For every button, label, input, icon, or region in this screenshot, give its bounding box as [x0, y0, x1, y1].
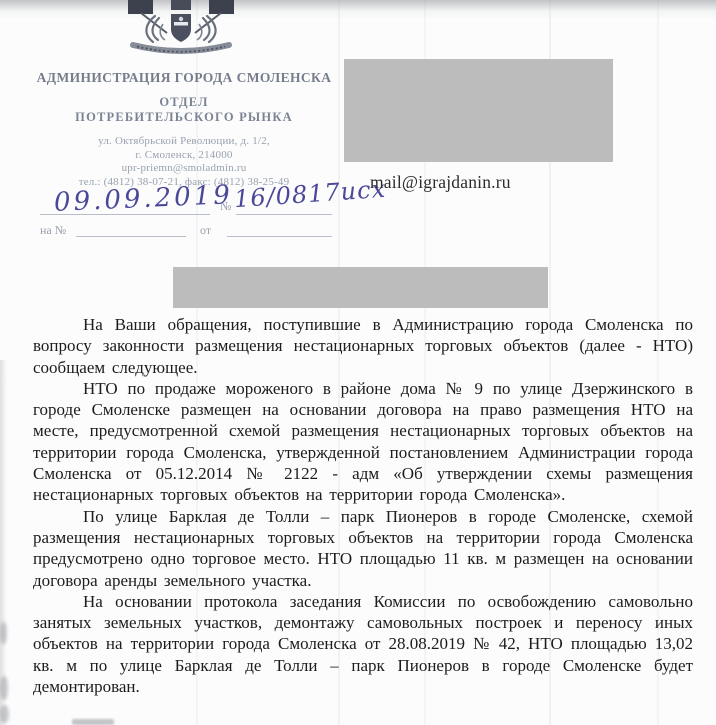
scanned-letter-page: АДМИНИСТРАЦИЯ ГОРОДА СМОЛЕНСКА ОТДЕЛ ПОТ…: [0, 0, 716, 725]
reply-number-underline: [76, 236, 186, 237]
smolensk-coat-of-arms-icon: [125, 0, 237, 57]
redaction-box-salutation: [173, 267, 548, 308]
reply-from-label: от: [200, 223, 211, 238]
letterhead-street-address: ул. Октябрьской Революции, д. 1/2,: [26, 135, 342, 149]
reply-date-underline: [227, 236, 332, 237]
scan-top-edge: [0, 0, 716, 20]
letterhead-email: upr-priemn@smoladmin.ru: [26, 162, 342, 176]
paragraph-intro: На Ваши обращения, поступившие в Админис…: [33, 314, 693, 378]
organization-name: АДМИНИСТРАЦИЯ ГОРОДА СМОЛЕНСКА: [26, 70, 342, 86]
paragraph-nto-dzerzhinskogo: НТО по продаже мороженого в районе дома …: [33, 378, 693, 506]
scan-smudge: [0, 676, 8, 700]
scan-smudge: [0, 705, 9, 723]
scan-smudge: [0, 622, 7, 644]
department-name-line2: ПОТРЕБИТЕЛЬСКОГО РЫНКА: [26, 110, 342, 125]
reply-to-number-label: на №: [40, 223, 66, 238]
department-name-line1: ОТДЕЛ: [26, 95, 342, 110]
paragraph-barclay-de-tolly: По улице Барклая де Толли – парк Пионеро…: [33, 506, 693, 591]
handwritten-date: 09.09.2019: [53, 180, 233, 218]
number-underline: [236, 214, 332, 215]
cropped-next-line: [72, 719, 114, 725]
recipient-email: mail@igrajdanin.ru: [370, 172, 511, 193]
redaction-box-recipient: [344, 59, 613, 162]
scan-left-edge: [0, 360, 7, 725]
letterhead-city-postcode: г. Смоленск, 214000: [26, 149, 342, 163]
paragraph-demolition-decision: На основании протокола заседания Комисси…: [33, 591, 693, 697]
letter-body: На Ваши обращения, поступившие в Админис…: [33, 314, 693, 697]
letterhead: АДМИНИСТРАЦИЯ ГОРОДА СМОЛЕНСКА ОТДЕЛ ПОТ…: [26, 70, 342, 189]
